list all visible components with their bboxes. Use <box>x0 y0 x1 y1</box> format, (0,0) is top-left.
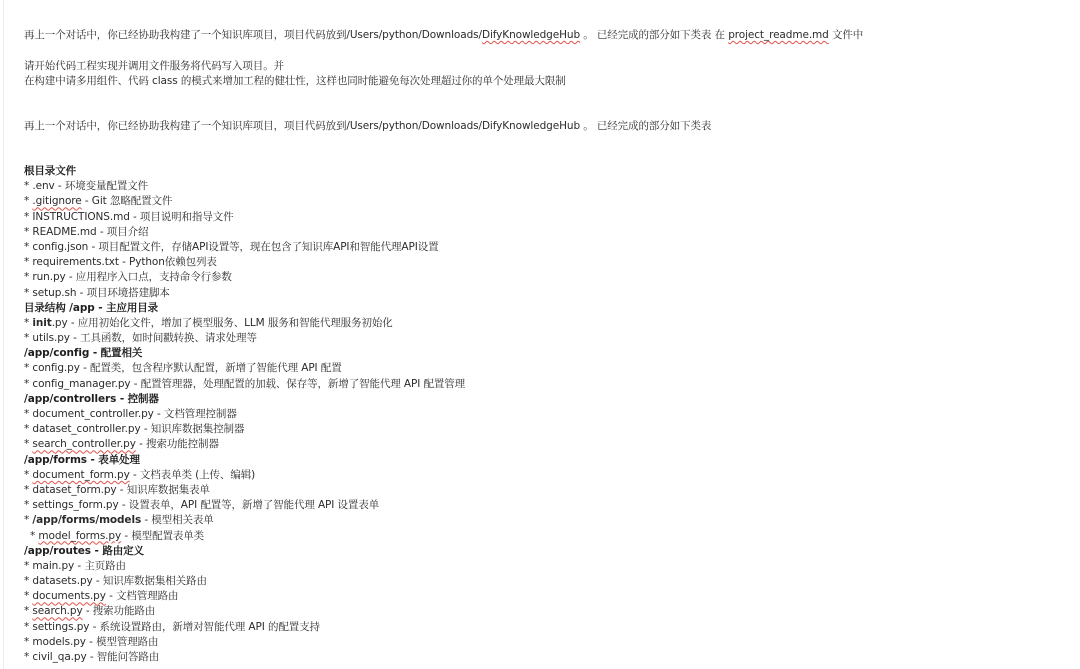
file-list-item: * model_forms.py - 模型配置表单类 <box>24 529 465 544</box>
file-list-item: * settings.py - 系统设置路由，新增对智能代理 API 的配置支持 <box>24 620 465 635</box>
file-list-item: * /app/forms/models - 模型相关表单 <box>24 513 465 528</box>
file-description: - 项目配置文件，存储API设置等，现在包含了知识库API和智能代理API设置 <box>88 241 438 253</box>
file-name: main.py <box>32 560 74 572</box>
file-list-item: * config.json - 项目配置文件，存储API设置等，现在包含了知识库… <box>24 240 465 255</box>
file-description: - 工具函数，如时间戳转换、请求处理等 <box>70 332 257 344</box>
file-list-item: * document_form.py - 文档表单类 (上传、编辑) <box>24 468 465 483</box>
section-heading: 根目录文件 <box>24 164 465 179</box>
intro-text-post: 文件中 <box>829 29 863 41</box>
file-name: config.json <box>32 241 88 253</box>
file-list-item: * INSTRUCTIONS.md - 项目说明和指导文件 <box>24 210 465 225</box>
file-name: dataset_controller.py <box>32 423 140 435</box>
file-list-item: * config_manager.py - 配置管理器，处理配置的加载、保存等，… <box>24 377 465 392</box>
file-name: utils.py <box>32 332 70 344</box>
file-description: - 知识库数据集控制器 <box>141 423 245 435</box>
file-name: document_form.py <box>32 469 129 481</box>
file-description: - 项目介绍 <box>97 226 149 238</box>
intro-text-mid: 。 已经完成的部分如下类表 在 <box>580 29 728 41</box>
file-list-item: * requirements.txt - Python依赖包列表 <box>24 255 465 270</box>
file-list-item: * init.py - 应用初始化文件，增加了模型服务、LLM 服务和智能代理服… <box>24 316 465 331</box>
file-description: - 项目说明和指导文件 <box>130 211 234 223</box>
section-heading: /app/routes - 路由定义 <box>24 544 465 559</box>
file-list-item: * config.py - 配置类，包含程序默认配置，新增了智能代理 API 配… <box>24 361 465 376</box>
section-heading: /app/forms - 表单处理 <box>24 453 465 468</box>
file-description: - 文档表单类 (上传、编辑) <box>130 469 255 481</box>
file-list-item: * search.py - 搜索功能路由 <box>24 604 465 619</box>
file-list-item: * .env - 环境变量配置文件 <box>24 179 465 194</box>
file-name: civil_qa.py <box>32 651 86 663</box>
file-description: - 项目环境搭建脚本 <box>76 287 169 299</box>
file-list-item: * main.py - 主页路由 <box>24 559 465 574</box>
file-description: - 文档管理控制器 <box>154 408 237 420</box>
file-name: .gitignore <box>32 195 81 207</box>
file-list-item: * README.md - 项目介绍 <box>24 225 465 240</box>
file-list-item: * search_controller.py - 搜索功能控制器 <box>24 437 465 452</box>
file-name: settings.py <box>32 621 89 633</box>
file-name: /app/forms/models <box>32 514 141 526</box>
file-description: - 模型配置表单类 <box>121 530 204 542</box>
file-list-item: * .gitignore - Git 忽略配置文件 <box>24 194 465 209</box>
file-list-item: * dataset_controller.py - 知识库数据集控制器 <box>24 422 465 437</box>
file-name: datasets.py <box>32 575 92 587</box>
file-list-item: * setup.sh - 项目环境搭建脚本 <box>24 286 465 301</box>
file-name: README.md <box>32 226 96 238</box>
file-description: - 系统设置路由，新增对智能代理 API 的配置支持 <box>89 621 320 633</box>
intro-text: 再上一个对话中，你已经协助我构建了一个知识库项目，项目代码放到/Users/py… <box>24 29 482 41</box>
file-list-item: * documents.py - 文档管理路由 <box>24 589 465 604</box>
file-list-item: * document_controller.py - 文档管理控制器 <box>24 407 465 422</box>
section-heading: /app/controllers - 控制器 <box>24 392 465 407</box>
file-list-item: * settings_form.py - 设置表单，API 配置等，新增了智能代… <box>24 498 465 513</box>
file-description: - 智能问答路由 <box>87 651 160 663</box>
file-list-item: * civil_qa.py - 智能问答路由 <box>24 650 465 665</box>
file-description: - 模型相关表单 <box>141 514 214 526</box>
file-name: config_manager.py <box>32 378 130 390</box>
file-name: settings_form.py <box>32 499 118 511</box>
file-list-item: * dataset_form.py - 知识库数据集表单 <box>24 483 465 498</box>
file-structure-list: 根目录文件* .env - 环境变量配置文件* .gitignore - Git… <box>24 164 465 665</box>
file-description: - 环境变量配置文件 <box>55 180 148 192</box>
section-heading: 目录结构 /app - 主应用目录 <box>24 301 465 316</box>
file-description: - 搜索功能路由 <box>83 605 156 617</box>
section-heading: /app/config - 配置相关 <box>24 346 465 361</box>
file-name-bold: init <box>32 317 51 329</box>
file-name: .py <box>52 317 68 329</box>
file-name: search_controller.py <box>32 438 135 450</box>
file-name: model_forms.py <box>38 530 121 542</box>
file-description: - Git 忽略配置文件 <box>82 195 173 207</box>
intro-paragraph-4: 再上一个对话中，你已经协助我构建了一个知识库项目，项目代码放到/Users/py… <box>24 119 711 134</box>
intro-paragraph-1: 再上一个对话中，你已经协助我构建了一个知识库项目，项目代码放到/Users/py… <box>24 28 863 43</box>
intro-paragraph-2: 请开始代码工程实现并调用文件服务将代码写入项目。并 <box>24 59 284 74</box>
file-list-item: * run.py - 应用程序入口点，支持命令行参数 <box>24 270 465 285</box>
file-list-item: * models.py - 模型管理路由 <box>24 635 465 650</box>
file-name: setup.sh <box>32 287 76 299</box>
file-description: - 配置类，包含程序默认配置，新增了智能代理 API 配置 <box>80 362 342 374</box>
file-name: config.py <box>32 362 79 374</box>
file-description: - 知识库数据集相关路由 <box>93 575 207 587</box>
file-description: - 文档管理路由 <box>106 590 179 602</box>
left-border <box>3 0 4 669</box>
file-list-item: * utils.py - 工具函数，如时间戳转换、请求处理等 <box>24 331 465 346</box>
readme-file-name: project_readme.md <box>728 29 829 41</box>
file-description: - 主页路由 <box>74 560 126 572</box>
file-name: models.py <box>32 636 85 648</box>
file-description: - 应用程序入口点，支持命令行参数 <box>66 271 232 283</box>
file-name: documents.py <box>32 590 105 602</box>
file-description: - 配置管理器，处理配置的加载、保存等，新增了智能代理 API 配置管理 <box>131 378 466 390</box>
file-name: dataset_form.py <box>32 484 116 496</box>
file-description: - 知识库数据集表单 <box>117 484 210 496</box>
file-description: - Python依赖包列表 <box>119 256 217 268</box>
file-description: - 设置表单，API 配置等，新增了智能代理 API 设置表单 <box>119 499 380 511</box>
file-name: run.py <box>32 271 65 283</box>
project-folder-name: DifyKnowledgeHub <box>482 29 580 41</box>
file-name: requirements.txt <box>32 256 118 268</box>
file-name: INSTRUCTIONS.md <box>32 211 129 223</box>
file-description: - 应用初始化文件，增加了模型服务、LLM 服务和智能代理服务初始化 <box>68 317 393 329</box>
file-name: document_controller.py <box>32 408 153 420</box>
file-name: search.py <box>32 605 82 617</box>
file-name: .env <box>32 180 54 192</box>
file-description: - 搜索功能控制器 <box>136 438 219 450</box>
file-list-item: * datasets.py - 知识库数据集相关路由 <box>24 574 465 589</box>
file-description: - 模型管理路由 <box>86 636 159 648</box>
intro-paragraph-3: 在构建中请多用组件、代码 class 的模式来增加工程的健壮性，这样也同时能避免… <box>24 74 566 89</box>
